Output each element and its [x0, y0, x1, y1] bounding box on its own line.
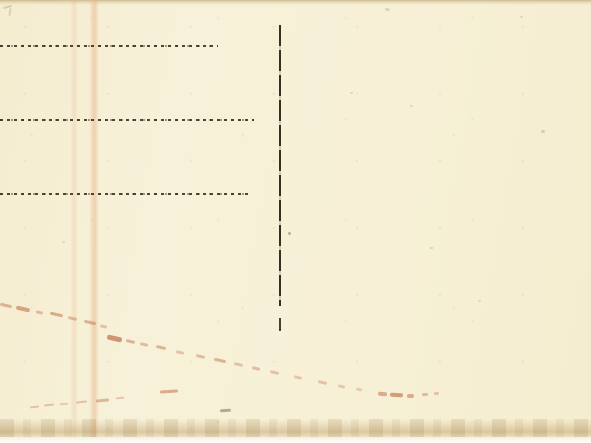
paper-speck [288, 232, 291, 235]
paper-speck [385, 7, 391, 12]
rust-stain-mark [36, 310, 43, 314]
rust-stain-mark [50, 312, 63, 318]
rust-stain-mark [422, 393, 428, 396]
rust-stain-mark [116, 397, 124, 400]
rust-stain-mark [407, 394, 414, 398]
paper-bottom-strip [0, 437, 591, 443]
rust-stain-mark [60, 403, 68, 406]
rust-stain-mark [214, 358, 226, 364]
rust-stain-mark [140, 342, 148, 347]
rust-stain-mark [126, 339, 135, 344]
divider-line [279, 25, 281, 306]
rust-stain-mark [338, 384, 345, 388]
rust-stain-mark [252, 366, 260, 371]
paper-speck [350, 92, 353, 94]
rust-stain-mark [176, 350, 184, 355]
rust-stain-mark [30, 406, 39, 409]
rust-stain-mark [160, 389, 178, 393]
rust-stain-mark [356, 387, 363, 391]
postcard-scan [0, 0, 591, 443]
paper-bottom-soil-band [0, 419, 591, 437]
rust-stain-mark [100, 324, 107, 328]
rust-stain-mark [390, 393, 403, 398]
rust-stain-mark [270, 370, 279, 375]
rust-stain-mark [378, 392, 387, 397]
paper-crease-line [89, 0, 99, 443]
paper-speck [520, 16, 523, 18]
paper-speck [8, 8, 11, 16]
rust-stain-mark [294, 375, 302, 380]
rust-stain-mark [196, 354, 205, 359]
address-dotted-line [0, 45, 218, 47]
rust-stain-mark [96, 398, 109, 402]
rust-stain-mark [44, 403, 54, 406]
rust-stain-mark [434, 392, 439, 395]
paper-speck [478, 300, 481, 302]
paper-speck [541, 130, 545, 133]
address-dotted-line [0, 193, 248, 195]
rust-stain-mark [16, 305, 31, 312]
paper-speck [220, 409, 231, 413]
paper-speck [62, 241, 65, 243]
rust-stain-mark [107, 334, 123, 342]
rust-stain-mark [76, 400, 87, 403]
rust-stain-mark [318, 380, 327, 385]
paper-speck [410, 105, 413, 107]
paper-speck [430, 247, 433, 249]
divider-line-tail [279, 318, 281, 331]
rust-stain-mark [0, 303, 12, 309]
paper-crease-line [70, 0, 78, 443]
rust-stain-mark [156, 345, 166, 350]
rust-stain-mark [234, 362, 243, 367]
address-dotted-line [0, 119, 254, 121]
